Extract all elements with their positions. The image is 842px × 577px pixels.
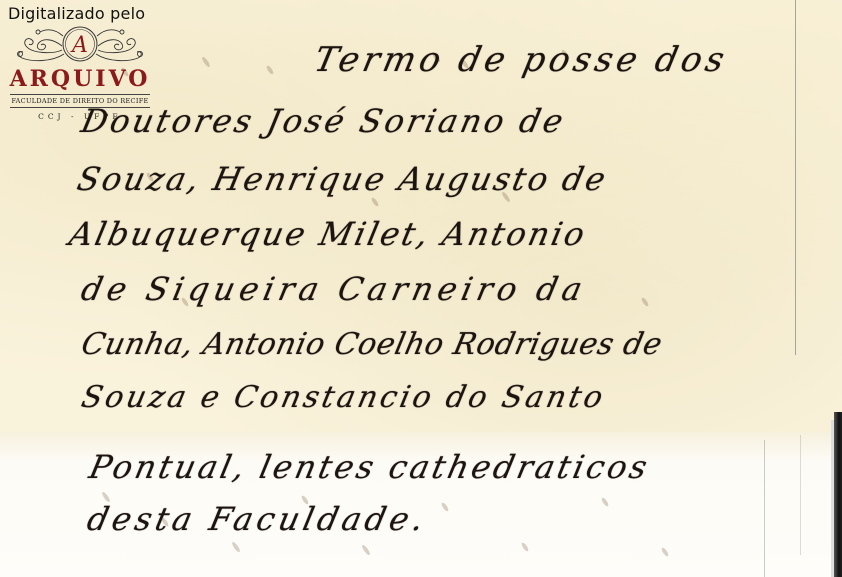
ornament-emblem-icon: A	[12, 24, 148, 68]
manuscript-line: Termo de posse dos	[311, 40, 732, 80]
logo-title: ARQUIVO	[4, 66, 156, 92]
logo-caption: Digitalizado pelo	[8, 4, 145, 23]
manuscript-line: Cunha, Antonio Coelho Rodrigues de	[78, 327, 665, 362]
scan-edge	[834, 412, 842, 577]
manuscript-line: Albuquerque Milet, Antonio	[66, 215, 590, 253]
manuscript-line: Doutores José Soriano de	[78, 102, 569, 140]
margin-rule	[795, 0, 796, 355]
margin-rule	[800, 435, 801, 555]
manuscript-line: de Siqueira Carneiro da	[78, 270, 591, 308]
margin-rule	[764, 440, 765, 577]
manuscript-line: Pontual, lentes cathedraticos	[86, 448, 653, 486]
manuscript-line: desta Faculdade.	[84, 500, 431, 538]
logo-divider	[10, 94, 150, 95]
svg-text:A: A	[70, 33, 88, 58]
manuscript-line: Souza e Constancio do Santo	[78, 380, 609, 415]
manuscript-line: Souza, Henrique Augusto de	[74, 160, 611, 198]
